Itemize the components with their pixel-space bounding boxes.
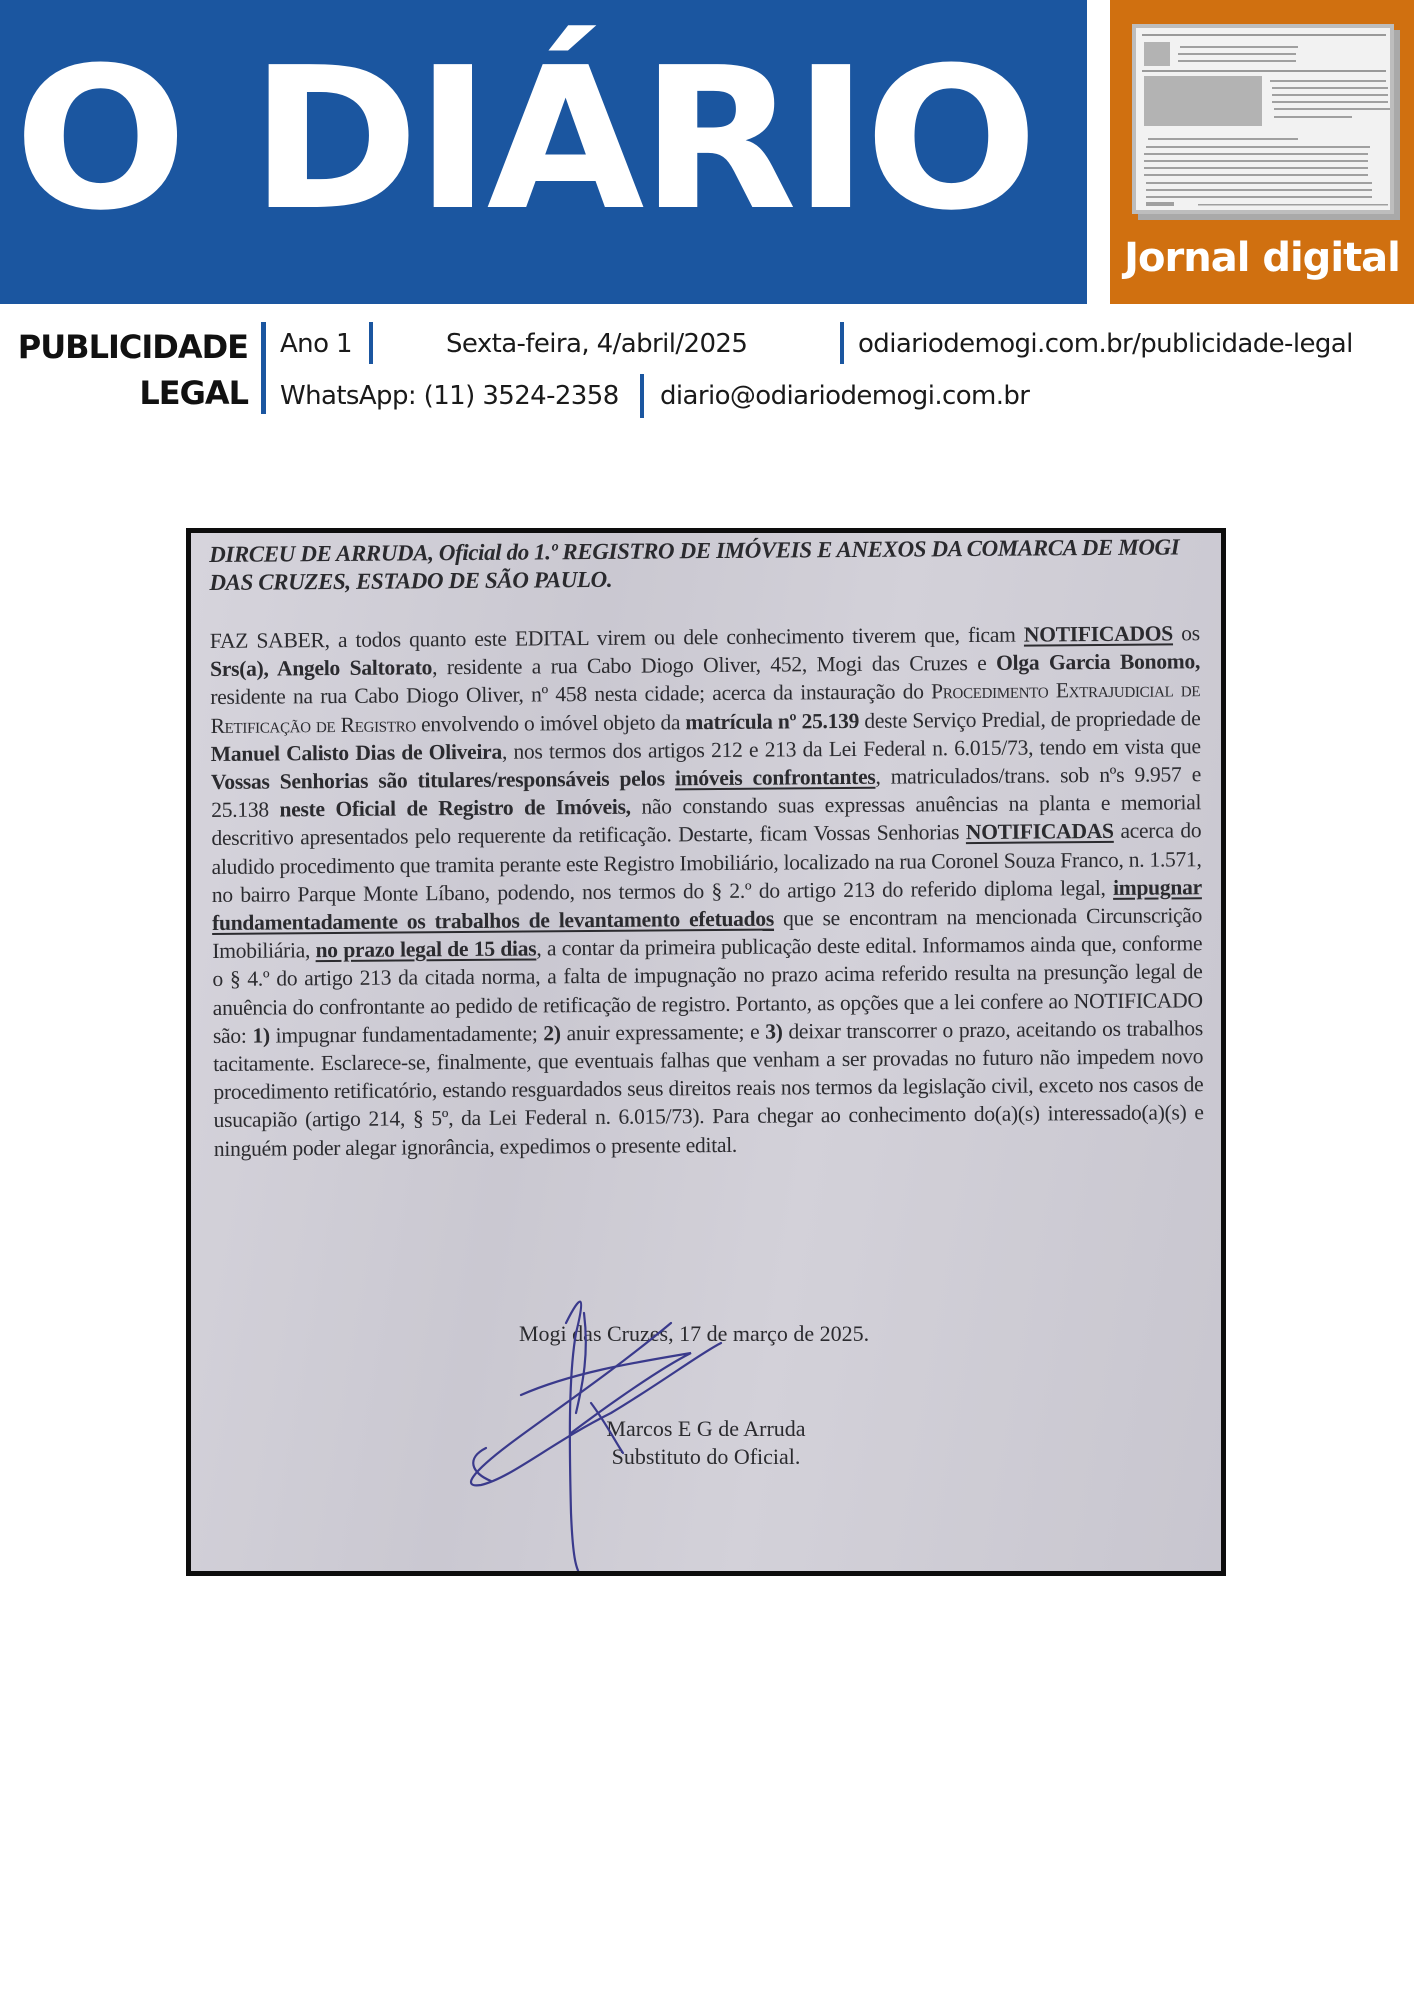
email-link[interactable]: diario@odiariodemogi.com.br bbox=[660, 378, 1029, 414]
signer-name: Marcos E G de Arruda bbox=[231, 1415, 1181, 1443]
section-label-line-1: PUBLICIDADE bbox=[0, 324, 248, 370]
signer-title: Substituto do Oficial. bbox=[231, 1443, 1181, 1471]
section-label-line-2: LEGAL bbox=[0, 370, 248, 416]
legal-notice-text: DIRCEU DE ARRUDA, Oficial do 1.º REGISTR… bbox=[209, 528, 1204, 1163]
divider bbox=[640, 374, 644, 418]
brand-logo-title: O DIÁRIO bbox=[14, 42, 1034, 238]
notice-heading: DIRCEU DE ARRUDA, Oficial do 1.º REGISTR… bbox=[209, 533, 1199, 597]
digital-edition-badge[interactable]: Jornal digital bbox=[1110, 0, 1414, 304]
divider bbox=[261, 322, 266, 414]
whatsapp-contact[interactable]: WhatsApp: (11) 3524-2358 bbox=[280, 378, 619, 414]
divider bbox=[840, 322, 844, 364]
digital-edition-label: Jornal digital bbox=[1110, 228, 1414, 288]
divider bbox=[369, 322, 373, 364]
section-label: PUBLICIDADE LEGAL bbox=[0, 324, 248, 416]
signer-block: Marcos E G de Arruda Substituto do Ofici… bbox=[191, 1415, 1181, 1471]
legal-notice-scan: DIRCEU DE ARRUDA, Oficial do 1.º REGISTR… bbox=[186, 528, 1226, 1576]
brand-banner: O DIÁRIO bbox=[0, 0, 1087, 304]
edition-number: Ano 1 bbox=[280, 326, 352, 362]
edition-date: Sexta-feira, 4/abril/2025 bbox=[446, 326, 747, 362]
notice-body: FAZ SABER, a todos quanto este EDITAL vi… bbox=[210, 619, 1204, 1163]
section-url-link[interactable]: odiariodemogi.com.br/publicidade-legal bbox=[858, 326, 1353, 362]
edition-info-bar: PUBLICIDADE LEGAL Ano 1 Sexta-feira, 4/a… bbox=[0, 318, 1414, 418]
newspaper-icon bbox=[1128, 22, 1402, 222]
place-and-date: Mogi das Cruzes, 17 de março de 2025. bbox=[519, 1321, 869, 1347]
masthead: O DIÁRIO bbox=[0, 0, 1414, 304]
